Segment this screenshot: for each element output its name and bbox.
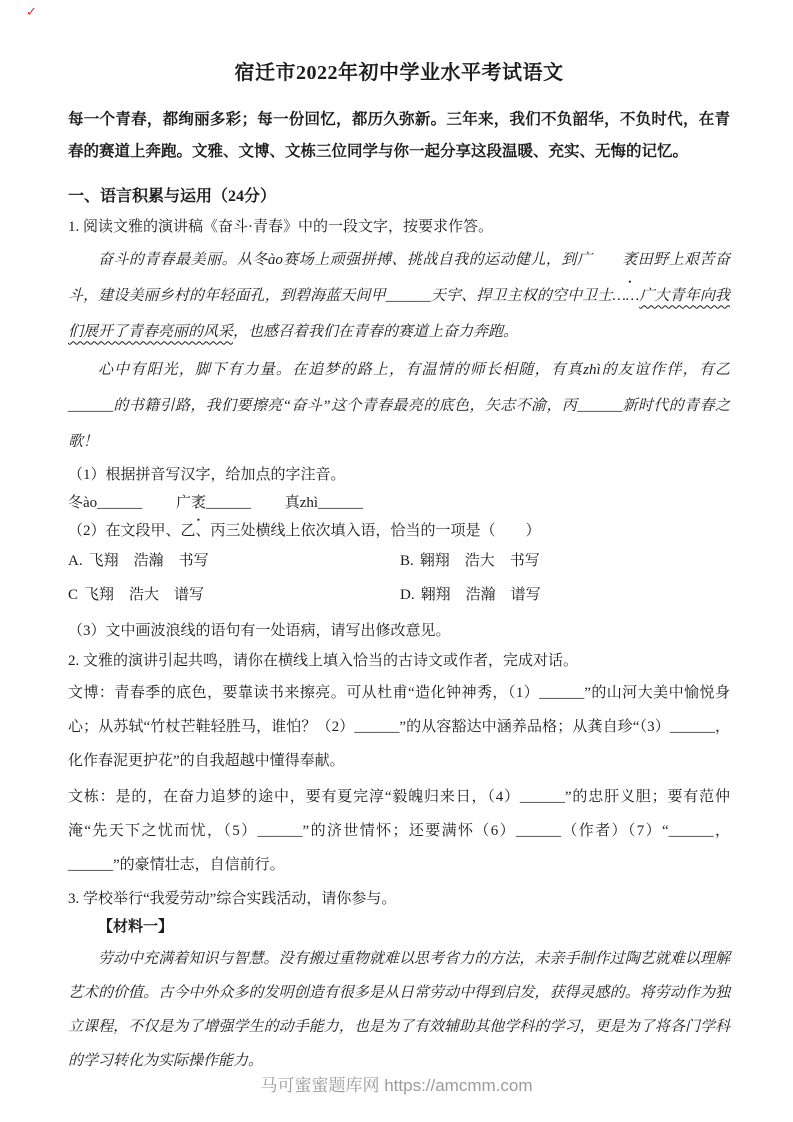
option-a-label: A. bbox=[68, 553, 83, 569]
sub-question-3-stem: （3）文中画波浪线的语句有一处语病，请写出修改意见。 bbox=[68, 618, 730, 644]
passage-text: 的书籍引路，我们要擦亮“奋斗”这个青春最亮的底色，矢志不渝，丙 bbox=[113, 398, 577, 414]
sub-question-1-stem: （1）根据拼音写汉字，给加点的字注音。 bbox=[68, 462, 730, 488]
option-b-label: B. bbox=[400, 553, 414, 569]
pinyin-text: ào bbox=[83, 495, 97, 511]
passage-text: 天宇、捍卫主权的空中卫士…… bbox=[431, 288, 639, 304]
page-content: 宿迁市2022年初中学业水平考试语文 每一个青春，都绚丽多彩；每一份回忆，都历久… bbox=[68, 0, 730, 1078]
option-d-text: 翱翔 浩瀚 谱写 bbox=[421, 587, 541, 603]
option-b: B.翱翔 浩大 书写 bbox=[400, 548, 730, 574]
char: 广 bbox=[176, 495, 191, 511]
corner-stamp-icon: ✓ bbox=[26, 5, 36, 20]
section-1-heading: 一、语言积累与运用（24分） bbox=[68, 184, 730, 210]
blank-line: ______ bbox=[386, 288, 431, 304]
pinyin-item-guang-mao: 广袤______ bbox=[176, 490, 251, 516]
question-2-stem: 2. 文雅的演讲引起共鸣，请你在横线上填入恰当的古诗文或作者，完成对话。 bbox=[68, 648, 730, 674]
emphasis-dot-char: 袤 bbox=[191, 490, 206, 516]
blank-line: ______ bbox=[577, 398, 622, 414]
material-1-paragraph: 劳动中充满着知识与智慧。没有搬过重物就难以思考省力的方法，未亲手制作过陶艺就难以… bbox=[68, 942, 730, 1078]
blank-line: ______ bbox=[97, 495, 142, 511]
passage-text: 心中有阳光，脚下有力量。在追梦的路上，有温情的师长相随，有真 bbox=[98, 362, 583, 378]
sub-question-2-stem: （2）在文段甲、乙、丙三处横线上依次填入语，恰当的一项是（ ） bbox=[68, 518, 730, 544]
intro-paragraph: 每一个青春，都绚丽多彩；每一份回忆，都历久弥新。三年来，我们不负韶华，不负时代，… bbox=[68, 104, 730, 168]
option-d-label: D. bbox=[400, 587, 415, 603]
pinyin-text: ào bbox=[268, 252, 283, 268]
blank-line: ______ bbox=[206, 495, 251, 511]
question-1-stem: 1. 阅读文雅的演讲稿《奋斗·青春》中的一段文字，按要求作答。 bbox=[68, 214, 730, 240]
char: 真 bbox=[285, 495, 300, 511]
option-c-text: 飞翔 浩大 谱写 bbox=[84, 587, 204, 603]
passage-text: 的友谊作伴，有乙 bbox=[601, 362, 730, 378]
blank-line: ______ bbox=[318, 495, 363, 511]
question-1-passage-2: 心中有阳光，脚下有力量。在追梦的路上，有温情的师长相随，有真zhì的友谊作伴，有… bbox=[68, 352, 730, 460]
option-c: C飞翔 浩大 谱写 bbox=[68, 582, 400, 608]
option-b-text: 翱翔 浩大 书写 bbox=[420, 553, 540, 569]
question-1-passage-1: 奋斗的青春最美丽。从冬ào赛场上顽强拼搏、挑战自我的运动健儿，到广袤田野上艰苦奋… bbox=[68, 242, 730, 350]
watermark-footer: 马可蜜蜜题库网 https://amcmm.com bbox=[0, 1071, 793, 1096]
passage-text: ，也感召着我们在青春的赛道上奋力奔跑。 bbox=[233, 324, 518, 340]
option-list: A.飞翔 浩瀚 书写 B.翱翔 浩大 书写 C飞翔 浩大 谱写 D.翱翔 浩瀚 … bbox=[68, 548, 730, 608]
passage-text: 奋斗的青春最美丽。从冬 bbox=[98, 252, 268, 268]
char: 冬 bbox=[68, 495, 83, 511]
emphasis-dot-char: 袤 bbox=[592, 242, 637, 278]
blank-line: ______ bbox=[68, 398, 113, 414]
page-title: 宿迁市2022年初中学业水平考试语文 bbox=[68, 58, 730, 88]
question-3-stem: 3. 学校举行“我爱劳动”综合实践活动，请你参与。 bbox=[68, 886, 730, 912]
dialog-wendong: 文栋：是的，在奋力追梦的途中，要有夏完淳“毅魄归来日，（4）______”的忠肝… bbox=[68, 780, 730, 882]
passage-text: 赛场上顽强拼搏、挑战自我的运动健儿，到广 bbox=[283, 252, 592, 268]
pinyin-text: zhì bbox=[300, 495, 318, 511]
option-a-text: 飞翔 浩瀚 书写 bbox=[89, 553, 209, 569]
pinyin-item-dong-ao: 冬ào______ bbox=[68, 490, 142, 516]
pinyin-answer-row: 冬ào______ 广袤______ 真zhì______ bbox=[68, 490, 730, 516]
option-d: D.翱翔 浩瀚 谱写 bbox=[400, 582, 730, 608]
option-a: A.飞翔 浩瀚 书写 bbox=[68, 548, 400, 574]
option-c-label: C bbox=[68, 587, 78, 603]
dialog-wenbo: 文博：青春季的底色，要靠读书来擦亮。可从杜甫“造化钟神秀，（1）______”的… bbox=[68, 676, 730, 778]
pinyin-item-zhen-zhi: 真zhì______ bbox=[285, 490, 363, 516]
material-1-label: 【材料一】 bbox=[68, 914, 730, 940]
pinyin-text: zhì bbox=[583, 362, 601, 378]
